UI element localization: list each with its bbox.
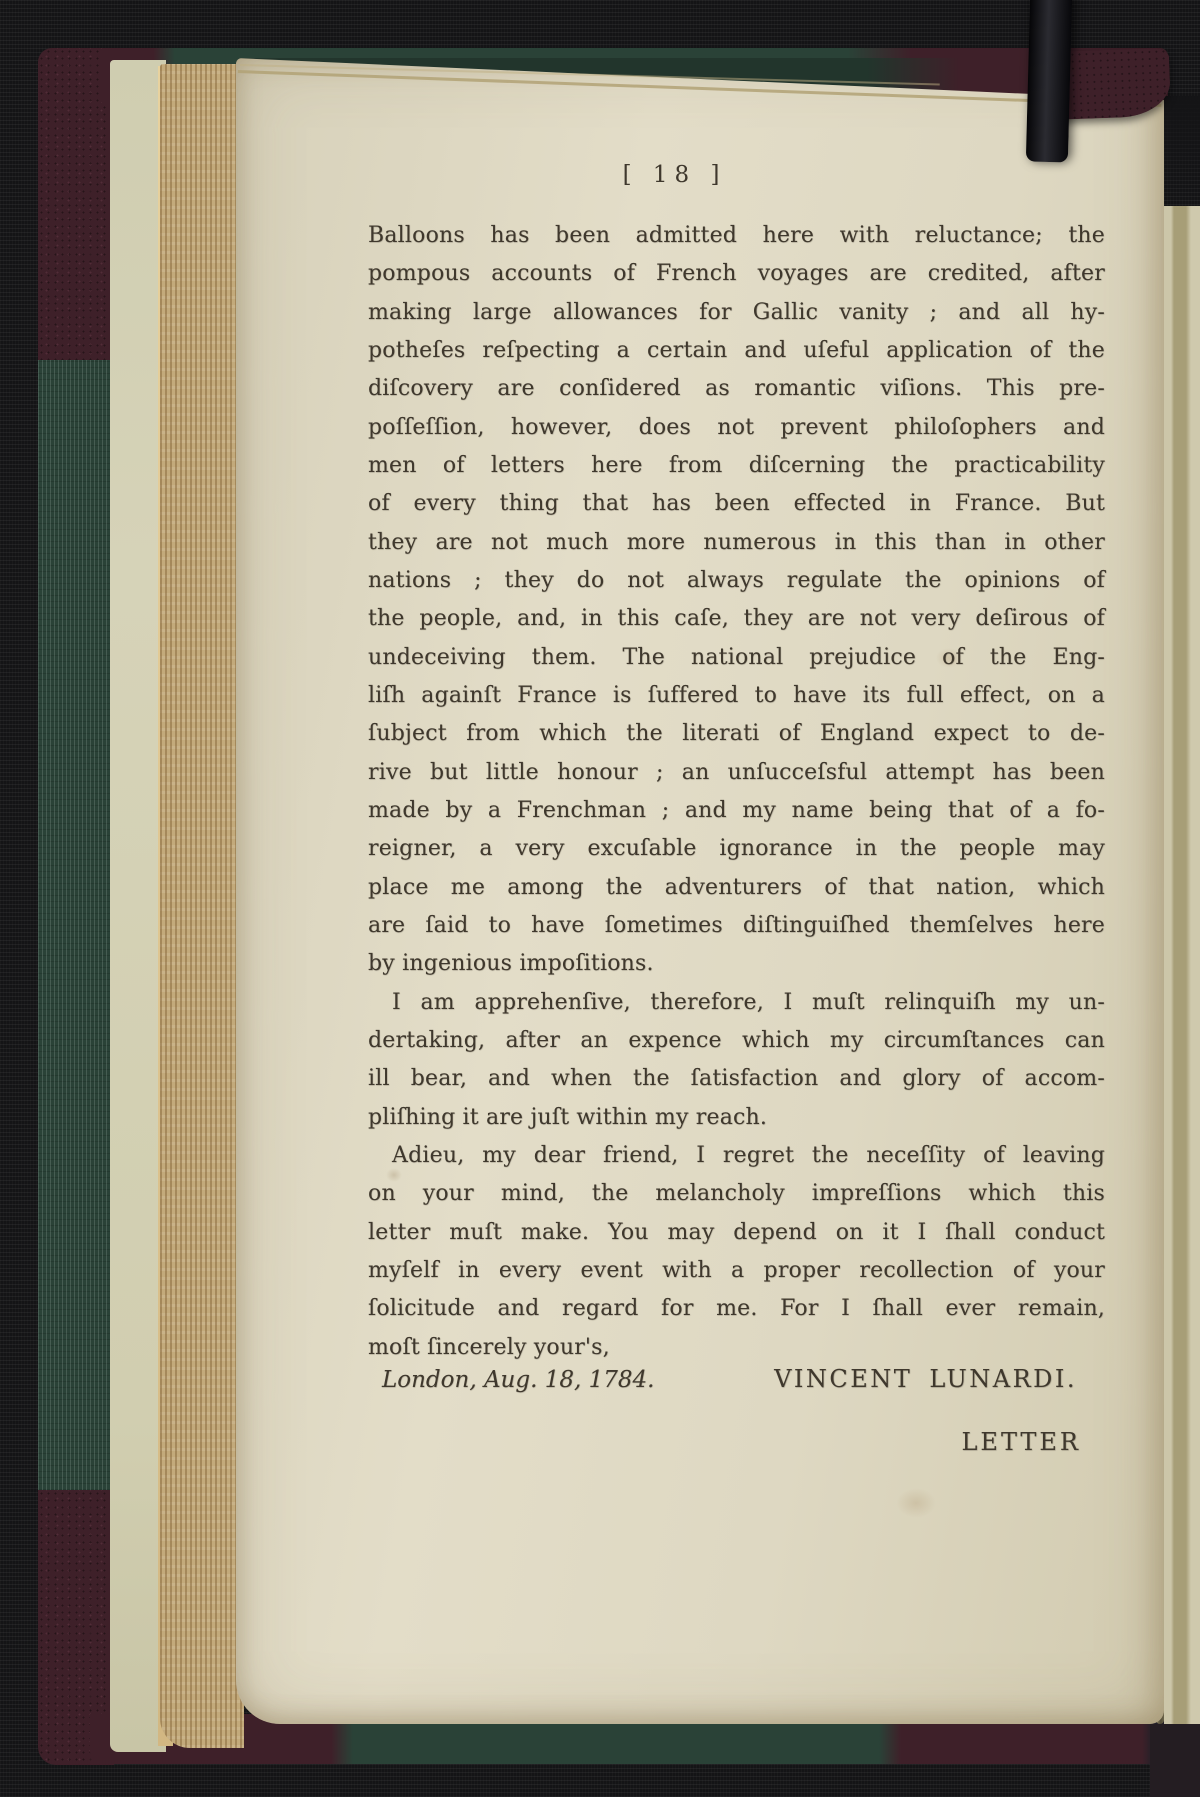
text-line: moſt ſincerely your's, [368,1329,1105,1367]
text-line: liſh againſt France is ſuffered to have … [368,677,1105,715]
signature: VINCENT LUNARDI. [774,1365,1105,1393]
cover-green-cloth [38,360,114,1490]
text-line: ſubject from which the literati of Engla… [368,715,1105,753]
text-line: letter muſt make. You may depend on it I… [368,1214,1105,1252]
text-line: place me among the adventurers of that n… [368,869,1105,907]
text-line: they are not much more numerous in this … [368,524,1105,562]
text-line: dertaking, after an expence which my cir… [368,1022,1105,1060]
text-line: pompous accounts of French voyages are c… [368,255,1105,293]
text-line: ſolicitude and regard for me. For I ſhal… [368,1290,1105,1328]
foxing-spot [896,1488,936,1518]
text-line: pliſhing it are juſt within my reach. [368,1099,1105,1137]
text-line: ill bear, and when the ſatisfaction and … [368,1060,1105,1098]
text-line: myſelf in every event with a proper reco… [368,1252,1105,1290]
facing-page-edge [1164,206,1200,1726]
text-line: poſſeſſion, however, does not prevent ph… [368,409,1105,447]
text-line: of every thing that has been effected in… [368,485,1105,523]
page-edge-stack [160,64,244,1748]
text-line: Adieu, my dear friend, I regret the nece… [368,1137,1105,1175]
catchword: LETTER [368,1428,1105,1456]
text-line: Balloons has been admitted here with rel… [368,217,1105,255]
text-line: nations ; they do not always regulate th… [368,562,1105,600]
text-line: rive but little honour ; an unſucceſsful… [368,754,1105,792]
text-line: undeceiving them. The national prejudice… [368,639,1105,677]
text-line: I am apprehenſive, therefore, I muſt rel… [368,984,1105,1022]
text-line: are ſaid to have ſometimes diſtinguiſhed… [368,907,1105,945]
text-line: the people, and, in this caſe, they are … [368,600,1105,638]
text-line: made by a Frenchman ; and my name being … [368,792,1105,830]
photo-background: { "document": { "type": "printed-book-pa… [0,0,1200,1797]
text-line: potheſes reſpecting a certain and uſeful… [368,332,1105,370]
page-number: [ 18 ] [306,162,1043,188]
signoff-row: London, Aug. 18, 1784. VINCENT LUNARDI. [368,1365,1105,1405]
text-line: by ingenious impoſitions. [368,945,1105,983]
cover-corner-bottom-right [1150,1724,1200,1797]
text-line: making large allowances for Gallic vanit… [368,294,1105,332]
text-line: men of letters here from diſcerning the … [368,447,1105,485]
book-page: [ 18 ] Balloons has been admitted here w… [236,58,1164,1724]
book-clamp [1026,0,1072,163]
book-cover-left-edge [38,48,114,1765]
facing-page-shadow [1164,96,1200,208]
text-line: reigner, a very excuſable ignorance in t… [368,830,1105,868]
text-line: diſcovery are conſidered as romantic viſ… [368,370,1105,408]
dateline: London, Aug. 18, 1784. [368,1367,654,1393]
text-line: on your mind, the melancholy impreſſions… [368,1175,1105,1213]
body-lines: Balloons has been admitted here with rel… [368,217,1105,1367]
